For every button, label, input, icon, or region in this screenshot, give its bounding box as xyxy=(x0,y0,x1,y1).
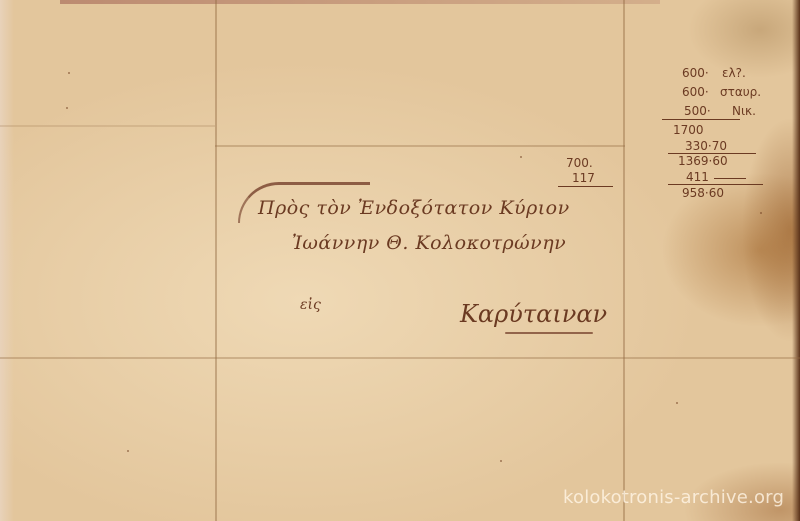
sheet-top-edge xyxy=(60,0,660,4)
tally-rule xyxy=(662,119,740,120)
tally-amount: 958·60 xyxy=(682,186,724,200)
ink-speck xyxy=(676,402,678,404)
tally-rule xyxy=(714,178,746,179)
ink-speck xyxy=(68,72,70,74)
tally-amount: 411 xyxy=(686,170,709,184)
sheet-right-edge-shadow xyxy=(792,0,800,521)
tally-amount: 600· xyxy=(682,66,709,80)
address-line-2: Ἰωάννην Θ. Κολοκοτρώνην xyxy=(292,232,566,254)
fold-line-vertical-left xyxy=(215,0,217,521)
fold-line-horizontal-left-crease xyxy=(0,125,215,127)
tally-label: σταυρ. xyxy=(720,85,761,99)
place-name: Καρύταιναν xyxy=(460,300,607,328)
tally-label: Νικ. xyxy=(732,104,756,118)
fold-line-horizontal-top xyxy=(215,145,625,147)
tally-amount: 1700 xyxy=(673,123,704,137)
tally-rule xyxy=(668,184,763,185)
tally-amount: 500· xyxy=(684,104,711,118)
ink-speck xyxy=(66,107,68,109)
place-underline xyxy=(505,332,593,334)
fold-line-vertical-right xyxy=(623,0,625,521)
watermark: kolokotronis-archive.org xyxy=(563,487,784,508)
middle-note-line-2: 117 xyxy=(572,171,595,185)
ink-speck xyxy=(127,450,129,452)
tally-amount: 600· xyxy=(682,85,709,99)
tally-amount: 330·70 xyxy=(685,139,727,153)
tally-label: ελ?. xyxy=(722,66,746,80)
ink-speck xyxy=(520,156,522,158)
sheet-left-edge xyxy=(0,0,14,521)
place-prefix: εἰς xyxy=(300,297,321,313)
tally-amount: 1369·60 xyxy=(678,154,728,168)
address-line-1: Πρὸς τὸν Ἐνδοξότατον Κύριον xyxy=(258,197,570,219)
ink-speck xyxy=(500,460,502,462)
paper-sheet: Πρὸς τὸν Ἐνδοξότατον Κύριον Ἰωάννην Θ. Κ… xyxy=(0,0,800,521)
middle-note-line-1: 700. xyxy=(566,156,593,170)
fold-line-horizontal-bottom xyxy=(0,357,800,359)
middle-note-underline xyxy=(558,186,613,187)
ink-speck xyxy=(760,212,762,214)
